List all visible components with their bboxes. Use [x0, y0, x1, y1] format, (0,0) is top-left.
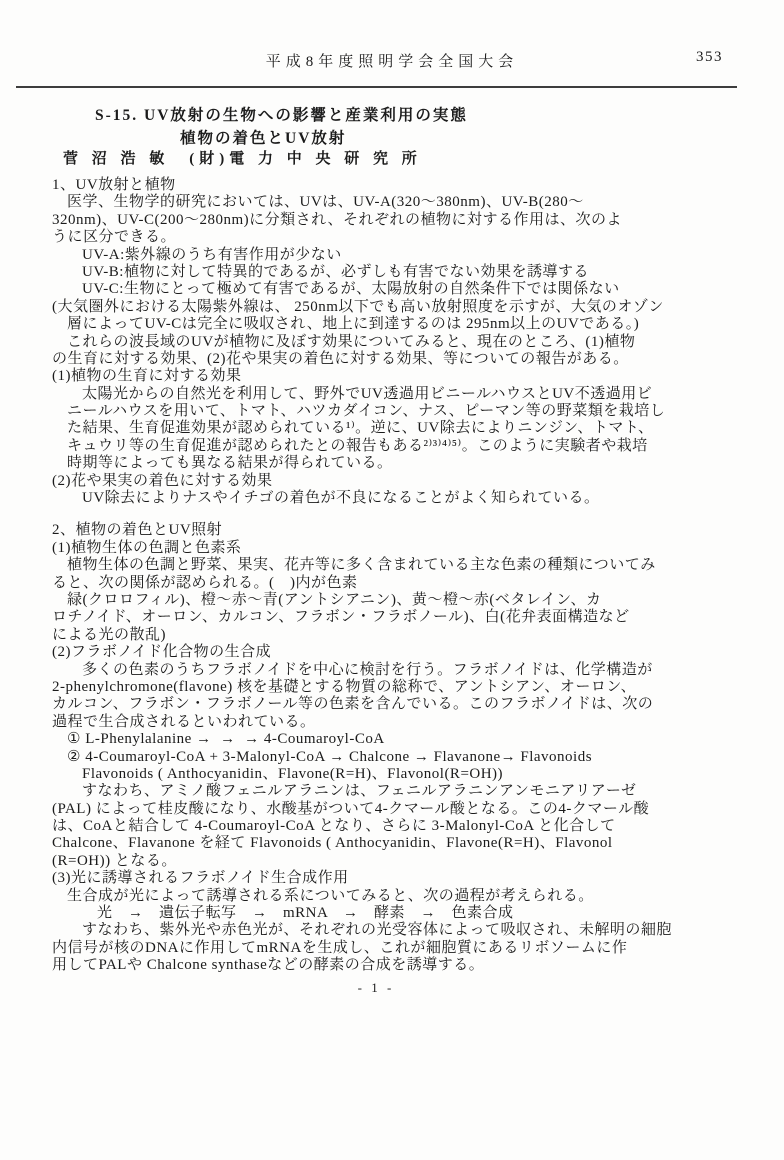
- text-line: 生合成が光によって誘導される系についてみると、次の過程が考えられる。: [52, 888, 772, 905]
- text-line: すなわち、アミノ酸フェニルアラニンは、フェニルアラニンアンモニアリアーゼ: [52, 783, 772, 800]
- text-line: による光の散乱): [52, 627, 772, 644]
- text-line: (1)植物の生育に対する効果: [52, 368, 772, 385]
- text-line: 用してPALや Chalcone synthaseなどの酵素の合成を誘導する。: [52, 957, 772, 974]
- conference-title: 平成8年度照明学会全国大会: [0, 50, 784, 71]
- text-line: UV-A:紫外線のうち有害作用が少ない: [52, 247, 772, 264]
- text-line: (大気圏外における太陽紫外線は、 250nm以下でも高い放射照度を示すが、大気の…: [52, 299, 772, 316]
- text-line: ニールハウスを用いて、トマト、ハツカダイコン、ナス、ピーマン等の野菜類を栽培し: [52, 403, 772, 420]
- text-line: ロチノイド、オーロン、カルコン、フラボン・フラボノール)、白(花弁表面構造など: [52, 609, 772, 626]
- text-line: 多くの色素のうちフラボノイドを中心に検討を行う。フラボノイドは、化学構造が: [52, 662, 772, 679]
- text-line: (R=OH)) となる。: [52, 853, 772, 870]
- session-subtitle: 植物の着色とUV放射: [180, 126, 346, 148]
- header-rule: [16, 86, 737, 88]
- author-affiliation: 菅 沼 浩 敏 (財)電 力 中 央 研 究 所: [63, 147, 422, 168]
- text-line: 320nm)、UV-C(200〜280nm)に分類され、それぞれの植物に対する作…: [52, 212, 772, 229]
- text-line: 医学、生物学的研究においては、UVは、UV-A(320〜380nm)、UV-B(…: [52, 194, 772, 211]
- document-body: 1、UV放射と植物医学、生物学的研究においては、UVは、UV-A(320〜380…: [52, 177, 772, 975]
- text-line: (PAL) によって桂皮酸になり、水酸基がついて4-クマール酸となる。この4-ク…: [52, 801, 772, 818]
- text-line: すなわち、紫外光や赤色光が、それぞれの光受容体によって吸収され、未解明の細胞: [52, 922, 772, 939]
- text-line: の生育に対する効果、(2)花や果実の着色に対する効果、等についての報告がある。: [52, 351, 772, 368]
- text-line: (3)光に誘導されるフラボノイド生合成作用: [52, 870, 772, 887]
- session-title: S-15. UV放射の生物への影響と産業利用の実態: [95, 103, 468, 125]
- scanned-document-page: 平成8年度照明学会全国大会 353 S-15. UV放射の生物への影響と産業利用…: [0, 0, 784, 1160]
- text-line: UV-B:植物に対して特異的であるが、必ずしも有害でない効果を誘導する: [52, 264, 772, 281]
- text-line: 植物生体の色調と野菜、果実、花卉等に多く含まれている主な色素の種類についてみ: [52, 557, 772, 574]
- text-line: Flavonoids ( Anthocyanidin、Flavone(R=H)、…: [52, 766, 772, 783]
- text-line: 太陽光からの自然光を利用して、野外でUV透過用ビニールハウスとUV不透過用ビ: [52, 386, 772, 403]
- text-line: ① L-Phenylalanine → → → 4-Coumaroyl-CoA: [52, 731, 772, 748]
- text-line: 層によってUV-Cは完全に吸収され、地上に到達するのは 295nm以上のUVであ…: [52, 316, 772, 333]
- text-line: 内信号が核のDNAに作用してmRNAを生成し、これが細胞質にあるリボソームに作: [52, 940, 772, 957]
- text-line: うに区分できる。: [52, 229, 772, 246]
- text-line: ② 4-Coumaroyl-CoA + 3-Malonyl-CoA → Chal…: [52, 749, 772, 766]
- text-line: UV-C:生物にとって極めて有害であるが、太陽放射の自然条件下では関係ない: [52, 281, 772, 298]
- text-line: 2、植物の着色とUV照射: [52, 522, 772, 539]
- text-line: カルコン、フラボン・フラボノール等の色素を含んでいる。このフラボノイドは、次の: [52, 696, 772, 713]
- text-line: 過程で生合成されるといわれている。: [52, 714, 772, 731]
- text-line: キュウリ等の生育促進が認められたとの報告もある²⁾³⁾⁴⁾⁵⁾。このように実験者…: [52, 438, 772, 455]
- footer-page-label: - 1 -: [0, 980, 752, 996]
- text-line: 1、UV放射と植物: [52, 177, 772, 194]
- text-line: 緑(クロロフィル)、橙〜赤〜青(アントシアニン)、黄〜橙〜赤(ベタレイン、カ: [52, 592, 772, 609]
- text-line: Chalcone、Flavanone を経て Flavonoids ( Anth…: [52, 835, 772, 852]
- text-line: (1)植物生体の色調と色素系: [52, 540, 772, 557]
- text-line: 時期等によっても異なる結果が得られている。: [52, 455, 772, 472]
- text-line: (2)フラボノイド化合物の生合成: [52, 644, 772, 661]
- text-line: た結果、生育促進効果が認められている¹⁾。逆に、UV除去によりニンジン、トマト、: [52, 420, 772, 437]
- page-number: 353: [696, 49, 723, 66]
- text-line: これらの波長域のUVが植物に及ぼす効果についてみると、現在のところ、(1)植物: [52, 334, 772, 351]
- text-line: 光 → 遺伝子転写 → mRNA → 酵素 → 色素合成: [52, 905, 772, 922]
- text-line: UV除去によりナスやイチゴの着色が不良になることがよく知られている。: [52, 490, 772, 507]
- text-line: ると、次の関係が認められる。( )内が色素: [52, 575, 772, 592]
- text-line: 2-phenylchromone(flavone) 核を基礎とする物質の総称で、…: [52, 679, 772, 696]
- text-line: は、CoAと結合して 4-Coumaroyl-CoA となり、さらに 3-Mal…: [52, 818, 772, 835]
- text-line: (2)花や果実の着色に対する効果: [52, 473, 772, 490]
